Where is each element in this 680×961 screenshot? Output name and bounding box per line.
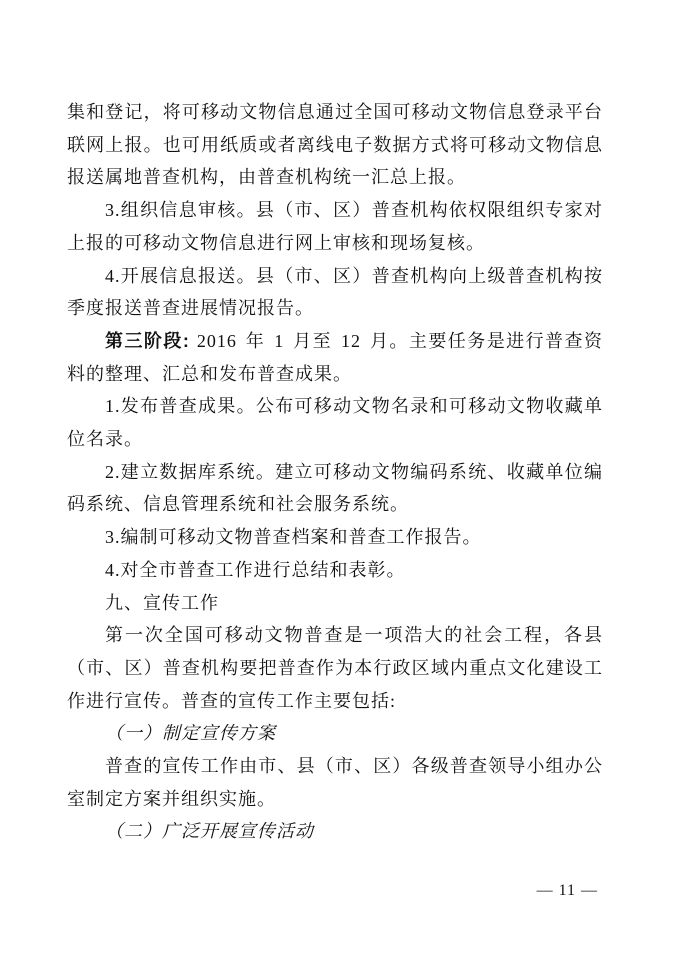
heading-publicity-work: 九、宣传工作 bbox=[67, 587, 603, 620]
paragraph-plan-implementation: 普查的宣传工作由市、县（市、区）各级普查领导小组办公室制定方案并组织实施。 bbox=[67, 750, 603, 815]
document-body: 集和登记，将可移动文物信息通过全国可移动文物信息登录平台联网上报。也可用纸质或者… bbox=[67, 96, 603, 848]
page-number: — 11 — bbox=[537, 879, 598, 903]
item-organize-info-review: 3.组织信息审核。县（市、区）普查机构依权限组织专家对上报的可移动文物信息进行网… bbox=[67, 194, 603, 259]
item-summary-commendation: 4.对全市普查工作进行总结和表彰。 bbox=[67, 554, 603, 587]
paragraph-phase-three: 第三阶段:2016 年 1 月至 12 月。主要任务是进行普查资料的整理、汇总和… bbox=[67, 325, 603, 390]
paragraph-publicity-intro: 第一次全国可移动文物普查是一项浩大的社会工程，各县（市、区）普查机构要把普查作为… bbox=[67, 619, 603, 717]
item-info-submission: 4.开展信息报送。县（市、区）普查机构向上级普查机构按季度报送普查进展情况报告。 bbox=[67, 260, 603, 325]
subheading-publicity-plan: （一）制定宣传方案 bbox=[67, 717, 603, 750]
item-database-systems: 2.建立数据库系统。建立可移动文物编码系统、收藏单位编码系统、信息管理系统和社会… bbox=[67, 456, 603, 521]
item-publish-results: 1.发布普查成果。公布可移动文物名录和可移动文物收藏单位名录。 bbox=[67, 390, 603, 455]
document-page: 集和登记，将可移动文物信息通过全国可移动文物信息登录平台联网上报。也可用纸质或者… bbox=[0, 0, 680, 961]
phase-three-label: 第三阶段: bbox=[105, 331, 190, 351]
item-archives-report: 3.编制可移动文物普查档案和普查工作报告。 bbox=[67, 521, 603, 554]
subheading-publicity-activities: （二）广泛开展宣传活动 bbox=[67, 815, 603, 848]
paragraph-continuation-reporting: 集和登记，将可移动文物信息通过全国可移动文物信息登录平台联网上报。也可用纸质或者… bbox=[67, 96, 603, 194]
